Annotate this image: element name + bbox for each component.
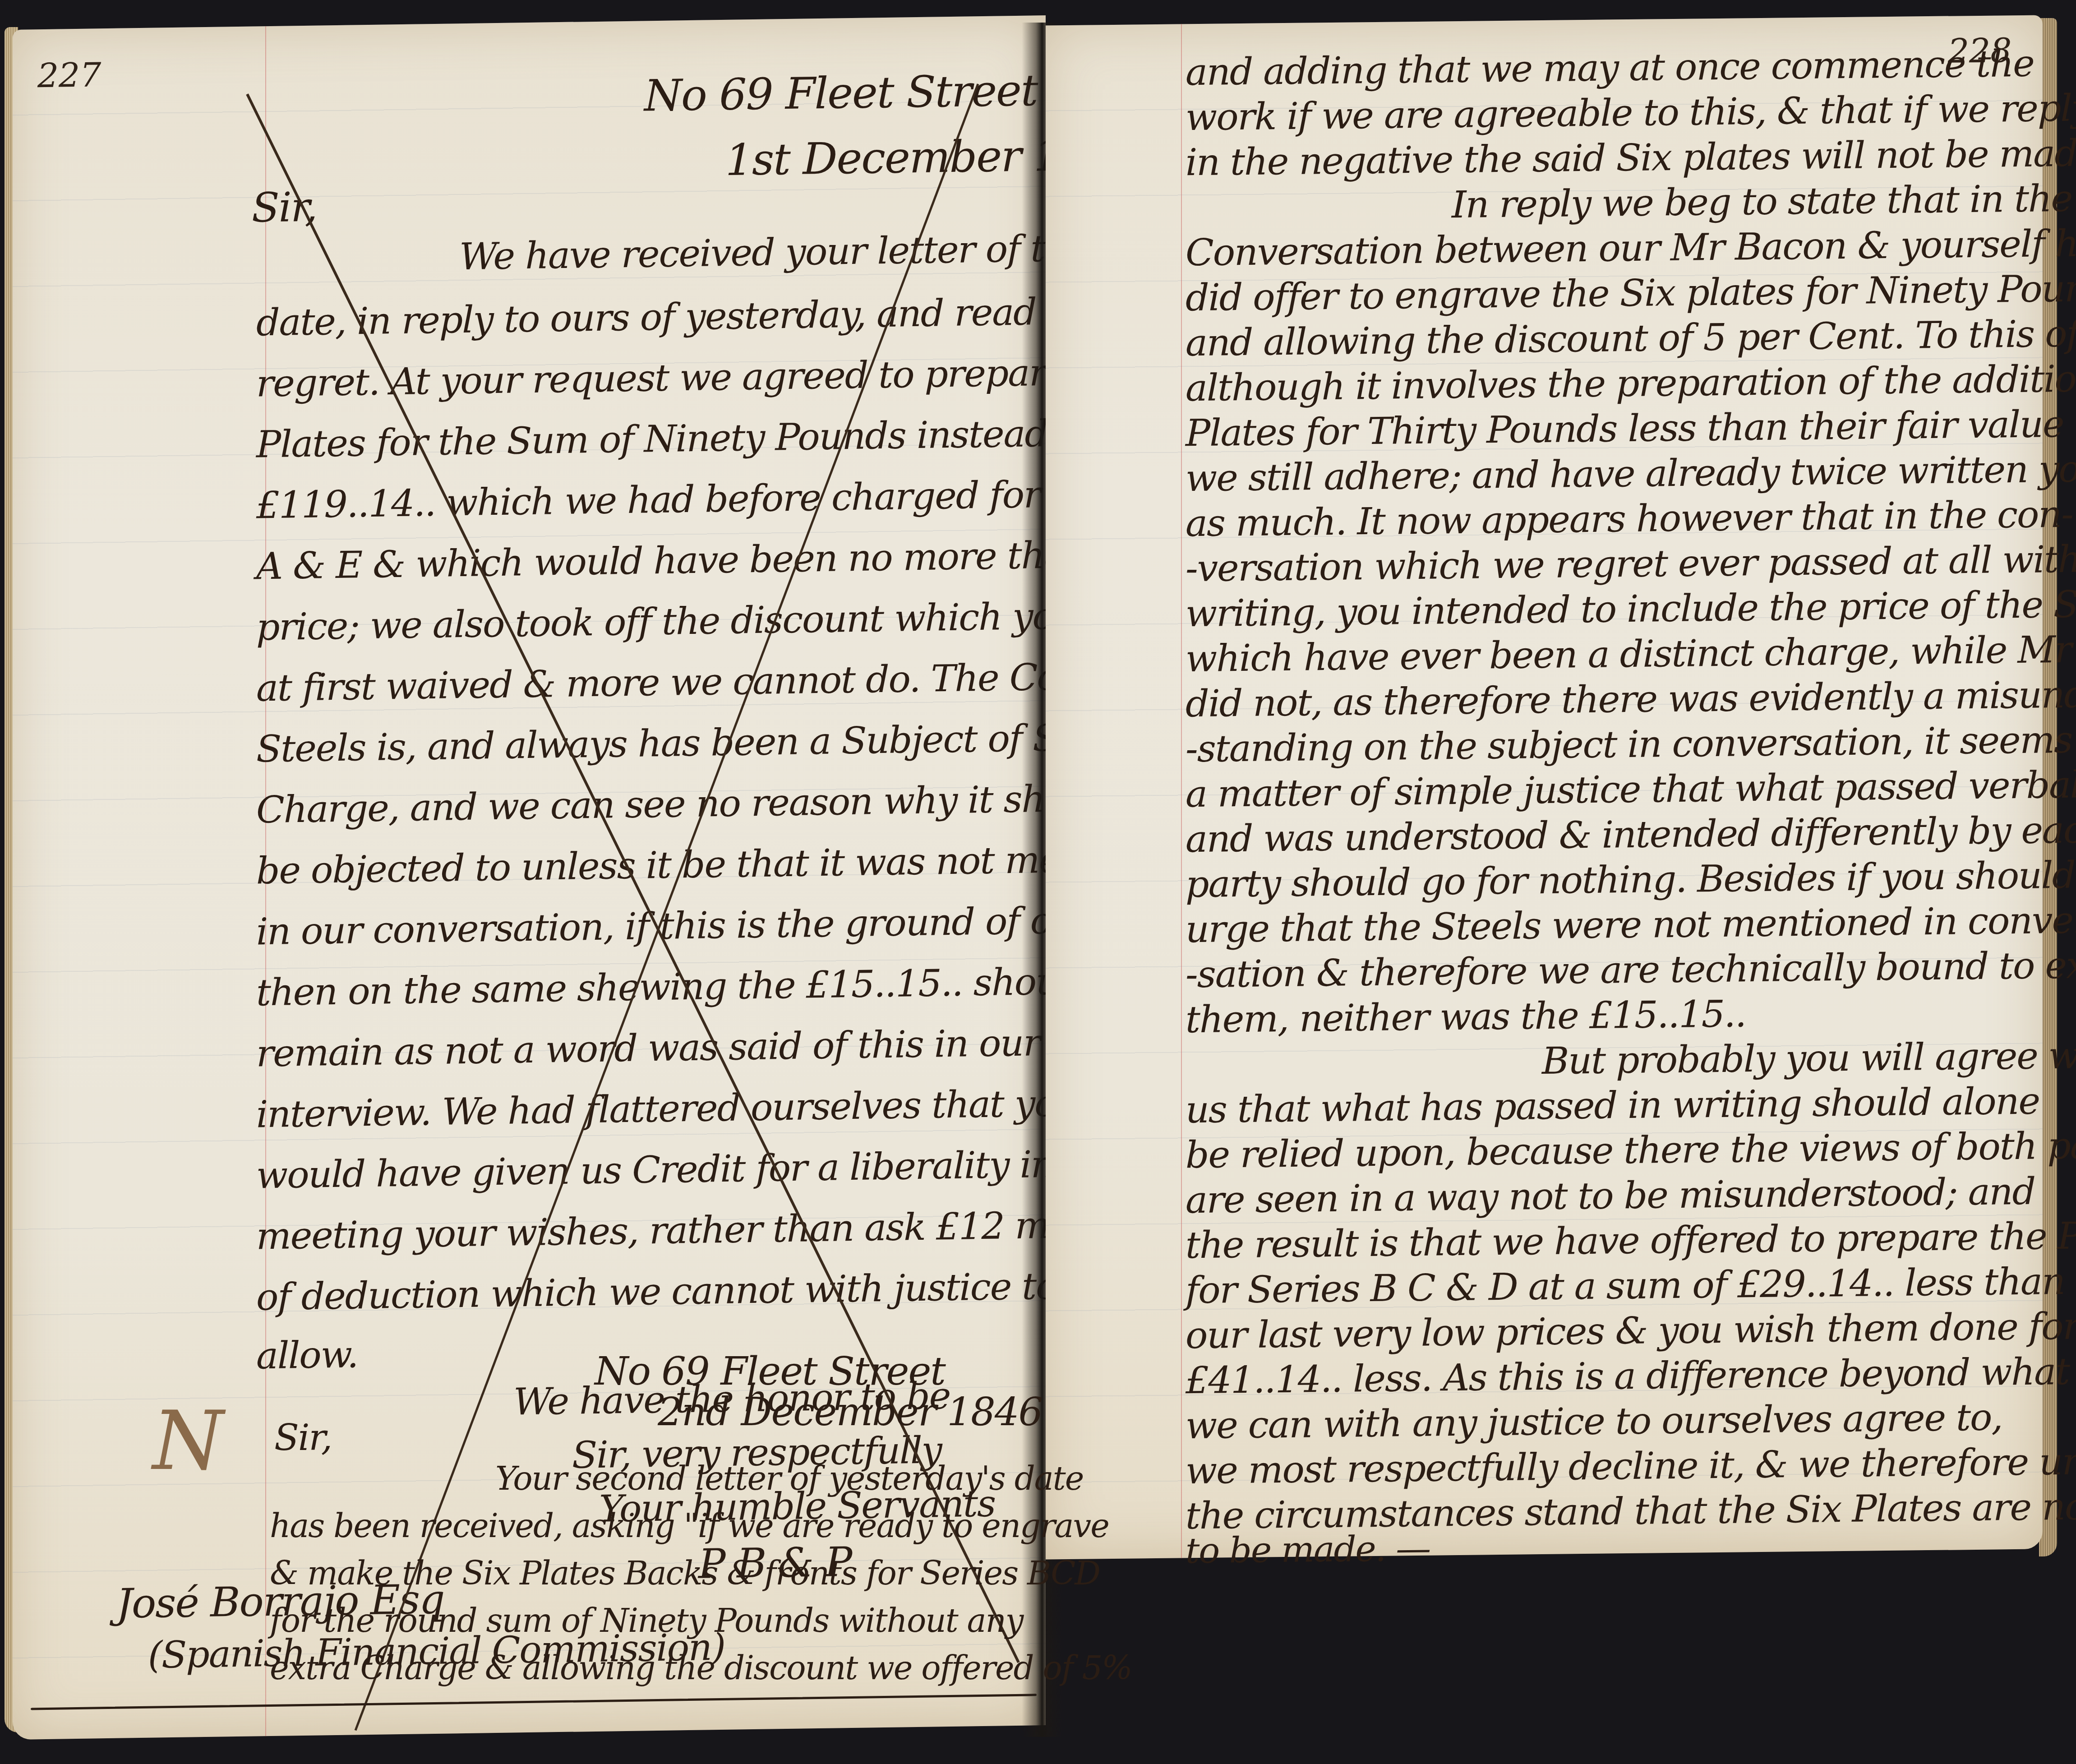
letter-1-closing: We have the honor to be: [513, 1375, 950, 1424]
letter-1-closing: Sir, very respectfully: [572, 1429, 941, 1477]
letter-1-address: No 69 Fleet Street: [644, 65, 1037, 121]
right-page-line: But probably you will agree with: [1542, 1034, 2076, 1083]
letter-1-signature: P B & P: [698, 1538, 851, 1588]
recipient-name: José Borrajo Esq: [116, 1576, 444, 1628]
right-page-line: In reply we beg to state that in the: [1452, 177, 2072, 226]
open-letter-book: 227 No 69 Fleet Street 1st December 1846…: [0, 0, 2076, 1764]
right-page-line: and adding that we may at once commence …: [1186, 42, 2034, 94]
right-page-line: are seen in a way not to be misunderstoo…: [1186, 1170, 2035, 1222]
letter-1-salutation: Sir,: [252, 184, 317, 232]
right-page-line: we can with any justice to ourselves agr…: [1186, 1396, 2002, 1447]
page-number-left: 227: [37, 55, 101, 95]
right-page-line: them, neither was the £15..15..: [1186, 993, 1746, 1041]
letter-1-line: allow.: [256, 1333, 358, 1377]
right-page: 228 and adding that we may at once comme…: [1046, 15, 2043, 1559]
margin-rule: [1181, 24, 1182, 1558]
recipient-affiliation: (Spanish Financial Commission): [148, 1626, 725, 1677]
left-page: 227 No 69 Fleet Street 1st December 1846…: [13, 15, 1046, 1740]
letter-1-closing: Your humble Servants: [599, 1482, 995, 1531]
right-page-line: to be made. —: [1186, 1528, 1430, 1572]
right-page-line: us that what has passed in writing shoul…: [1186, 1080, 2039, 1132]
